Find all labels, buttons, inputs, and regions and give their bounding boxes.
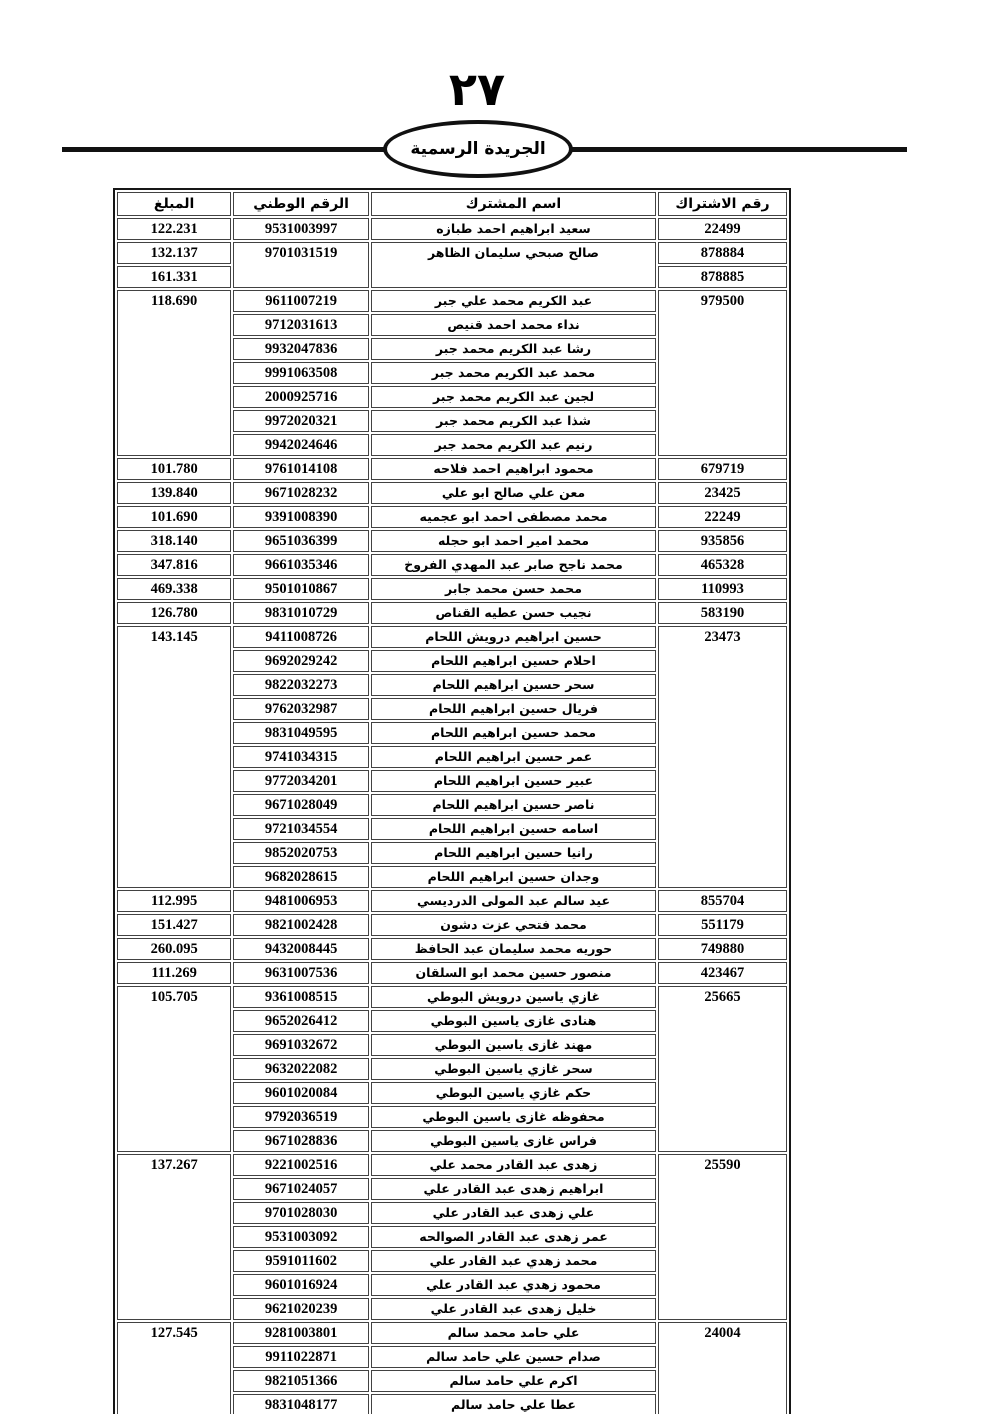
table-row: 749880حوريه محمد سليمان عبد الحافظ943200… [117,938,787,960]
subscriber-name-cell: رشا عبد الكريم محمد جبر [371,338,656,360]
amount-cell: 112.995 [117,890,231,912]
column-header-subscriber-name: اسم المشترك [371,192,656,216]
national-number-cell: 9741034315 [233,746,369,768]
subscriber-name-cell: حسين ابراهيم درويش اللحام [371,626,656,648]
subscriber-name-cell: سحر غازي ياسين البوطي [371,1058,656,1080]
table-row: 465328محمد ناجح صابر عبد المهدي الفروخ96… [117,554,787,576]
subscription-number-cell: 855704 [658,890,787,912]
national-number-cell: 9682028615 [233,866,369,888]
national-number-cell: 9932047836 [233,338,369,360]
subscriber-name-cell: عبد الكريم محمد علي جبر [371,290,656,312]
national-number-cell: 9591011602 [233,1250,369,1272]
national-number-cell: 9632022082 [233,1058,369,1080]
subscriber-name-cell: ابراهيم زهدى عبد القادر علي [371,1178,656,1200]
national-number-cell: 9671028049 [233,794,369,816]
amount-cell: 139.840 [117,482,231,504]
subscriber-name-cell: لجين عبد الكريم محمد جبر [371,386,656,408]
subscription-number-cell: 749880 [658,938,787,960]
national-number-cell: 9942024646 [233,434,369,456]
subscriber-name-cell: علي زهدى عبد القادر علي [371,1202,656,1224]
subscriber-name-cell: سعيد ابراهيم احمد طبازه [371,218,656,240]
page-number: ٢٧ [0,66,954,112]
national-number-cell: 9481006953 [233,890,369,912]
national-number-cell: 9831048177 [233,1394,369,1414]
subscriber-name-cell: حكم غازي ياسين البوطي [371,1082,656,1104]
table-row: 23425معن علي صالح ابو علي9671028232139.8… [117,482,787,504]
subscriber-name-cell: رنيم عبد الكريم محمد جبر [371,434,656,456]
subscription-number-cell: 878884 [658,242,787,264]
national-number-cell: 9991063508 [233,362,369,384]
national-number-cell: 9772034201 [233,770,369,792]
subscriber-name-cell: منصور حسين محمد ابو السلقان [371,962,656,984]
subscription-number-cell: 935856 [658,530,787,552]
subscription-number-cell: 979500 [658,290,787,456]
column-header-amount: المبلغ [117,192,231,216]
subscriber-name-cell: نجيب حسن عطيه القناص [371,602,656,624]
column-header-national-number: الرقم الوطني [233,192,369,216]
amount-cell: 101.690 [117,506,231,528]
subscriber-name-cell: شذا عبد الكريم محمد جبر [371,410,656,432]
gazette-banner-ellipse: الجريدة الرسمية [383,120,573,178]
subscriber-name-cell: علي حامد محمد سالم [371,1322,656,1344]
subscriber-name-cell: محمد ناجح صابر عبد المهدي الفروخ [371,554,656,576]
national-number-cell: 9531003997 [233,218,369,240]
national-number-cell: 9361008515 [233,986,369,1008]
subscription-number-cell: 25590 [658,1154,787,1320]
national-number-cell: 9821051366 [233,1370,369,1392]
national-number-cell: 9701031519 [233,242,369,288]
subscription-number-cell: 110993 [658,578,787,600]
table-row: 110993محمد حسن محمد جابر9501010867469.33… [117,578,787,600]
amount-cell: 260.095 [117,938,231,960]
table-row: 22249محمد مصطفى احمد ابو عجميه9391008390… [117,506,787,528]
amount-cell: 101.780 [117,458,231,480]
national-number-cell: 2000925716 [233,386,369,408]
subscription-number-cell: 423467 [658,962,787,984]
subscriber-name-cell: عمر حسين ابراهيم اللحام [371,746,656,768]
subscriber-name-cell: محمد عبد الكريم محمد جبر [371,362,656,384]
table-row: 583190نجيب حسن عطيه القناص9831010729126.… [117,602,787,624]
subscription-number-cell: 551179 [658,914,787,936]
subscription-number-cell: 23425 [658,482,787,504]
amount-cell: 469.338 [117,578,231,600]
national-number-cell: 9601016924 [233,1274,369,1296]
subscriber-name-cell: زهدى عبد القادر محمد علي [371,1154,656,1176]
subscription-number-cell: 23473 [658,626,787,888]
subscriber-name-cell: عمر زهدى عبد القادر الصوالحه [371,1226,656,1248]
gazette-banner-title: الجريدة الرسمية [410,139,545,159]
national-number-cell: 9852020753 [233,842,369,864]
subscriber-name-cell: سحر حسين ابراهيم اللحام [371,674,656,696]
national-number-cell: 9792036519 [233,1106,369,1128]
national-number-cell: 9821002428 [233,914,369,936]
subscriber-name-cell: نداء محمد احمد قنيص [371,314,656,336]
national-number-cell: 9671028232 [233,482,369,504]
subscriber-name-cell: هنادى غازى ياسين البوطي [371,1010,656,1032]
subscription-number-cell: 878885 [658,266,787,288]
subscriber-name-cell: محمد مصطفى احمد ابو عجميه [371,506,656,528]
subscription-number-cell: 465328 [658,554,787,576]
subscriber-name-cell: محمد حسين ابراهيم اللحام [371,722,656,744]
national-number-cell: 9671028836 [233,1130,369,1152]
column-header-subscription-number: رقم الاشتراك [658,192,787,216]
national-number-cell: 9972020321 [233,410,369,432]
national-number-cell: 9611007219 [233,290,369,312]
amount-cell: 105.705 [117,986,231,1152]
subscriber-name-cell: حوريه محمد سليمان عبد الحافظ [371,938,656,960]
subscriber-name-cell: فراس غازى ياسين البوطي [371,1130,656,1152]
table-row: 935856محمد امير احمد ابو حجله96510363993… [117,530,787,552]
subscriber-name-cell: احلام حسين ابراهيم اللحام [371,650,656,672]
subscription-number-cell: 24004 [658,1322,787,1414]
national-number-cell: 9831049595 [233,722,369,744]
subscriber-name-cell: محمود زهدي عبد القادر علي [371,1274,656,1296]
gazette-page: { "page": { "number": "٢٧", "banner": "ا… [0,0,1000,1414]
national-number-cell: 9762032987 [233,698,369,720]
national-number-cell: 9221002516 [233,1154,369,1176]
subscription-number-cell: 22499 [658,218,787,240]
amount-cell: 118.690 [117,290,231,456]
subscriber-name-cell: خليل زهدى عبد القادر علي [371,1298,656,1320]
subscriber-name-cell: محفوظه غازى ياسين البوطي [371,1106,656,1128]
subscriber-name-cell: عيد سالم عبد المولى الدرديسي [371,890,656,912]
national-number-cell: 9652026412 [233,1010,369,1032]
amount-cell: 127.545 [117,1322,231,1414]
amount-cell: 151.427 [117,914,231,936]
national-number-cell: 9631007536 [233,962,369,984]
national-number-cell: 9531003092 [233,1226,369,1248]
amount-cell: 347.816 [117,554,231,576]
national-number-cell: 9621020239 [233,1298,369,1320]
amount-cell: 126.780 [117,602,231,624]
subscriber-name-cell: معن علي صالح ابو علي [371,482,656,504]
table-row: 855704عيد سالم عبد المولى الدرديسي948100… [117,890,787,912]
table-row: 551179محمد فتحي عزت دشون9821002428151.42… [117,914,787,936]
national-number-cell: 9432008445 [233,938,369,960]
national-number-cell: 9651036399 [233,530,369,552]
subscriber-name-cell: صدام حسين علي حامد سالم [371,1346,656,1368]
amount-cell: 132.137 [117,242,231,264]
national-number-cell: 9822032273 [233,674,369,696]
subscriber-name-cell: غازي ياسين درويش البوطي [371,986,656,1008]
national-number-cell: 9692029242 [233,650,369,672]
table-row: 423467منصور حسين محمد ابو السلقان9631007… [117,962,787,984]
national-number-cell: 9911022871 [233,1346,369,1368]
subscriber-name-cell: عطا علي حامد سالم [371,1394,656,1414]
subscription-number-cell: 679719 [658,458,787,480]
national-number-cell: 9831010729 [233,602,369,624]
amount-cell: 122.231 [117,218,231,240]
national-number-cell: 9671024057 [233,1178,369,1200]
subscriber-name-cell: اسامه حسين ابراهيم اللحام [371,818,656,840]
amount-cell: 137.267 [117,1154,231,1320]
national-number-cell: 9761014108 [233,458,369,480]
subscriber-name-cell: محمود ابراهيم احمد فلاحه [371,458,656,480]
table-row: 979500عبد الكريم محمد علي جبر96110072191… [117,290,787,312]
amount-cell: 318.140 [117,530,231,552]
national-number-cell: 9691032672 [233,1034,369,1056]
amount-cell: 111.269 [117,962,231,984]
subscriber-name-cell: رانيا حسين ابراهيم اللحام [371,842,656,864]
subscription-number-cell: 583190 [658,602,787,624]
subscriber-name-cell: محمد فتحي عزت دشون [371,914,656,936]
subscriber-name-cell: عبير حسين ابراهيم اللحام [371,770,656,792]
subscription-number-cell: 22249 [658,506,787,528]
subscription-number-cell: 25665 [658,986,787,1152]
subscriber-name-cell: وجدان حسين ابراهيم اللحام [371,866,656,888]
subscriber-name-cell: محمد امير احمد ابو حجله [371,530,656,552]
subscriber-name-cell: محمد حسن محمد جابر [371,578,656,600]
table-row: 878884صالح صبحي سليمان الظاهر97010315191… [117,242,787,264]
table-row: 24004علي حامد محمد سالم9281003801127.545 [117,1322,787,1344]
national-number-cell: 9721034554 [233,818,369,840]
table-row: 25590زهدى عبد القادر محمد علي92210025161… [117,1154,787,1176]
amount-cell: 143.145 [117,626,231,888]
table-row: 25665غازي ياسين درويش البوطي936100851510… [117,986,787,1008]
table-header-row: رقم الاشتراك اسم المشترك الرقم الوطني ال… [117,192,787,216]
national-number-cell: 9501010867 [233,578,369,600]
subscriber-name-cell: فريال حسين ابراهيم اللحام [371,698,656,720]
subscriber-name-cell: اكرم علي حامد سالم [371,1370,656,1392]
subscribers-table: رقم الاشتراك اسم المشترك الرقم الوطني ال… [113,188,791,1414]
subscriber-name-cell: صالح صبحي سليمان الظاهر [371,242,656,288]
national-number-cell: 9281003801 [233,1322,369,1344]
national-number-cell: 9701028030 [233,1202,369,1224]
amount-cell: 161.331 [117,266,231,288]
subscriber-name-cell: محمد زهدي عبد القادر علي [371,1250,656,1272]
table-row: 23473حسين ابراهيم درويش اللحام9411008726… [117,626,787,648]
national-number-cell: 9661035346 [233,554,369,576]
subscriber-name-cell: مهند غازى ياسين البوطي [371,1034,656,1056]
table-row: 22499سعيد ابراهيم احمد طبازه953100399712… [117,218,787,240]
national-number-cell: 9712031613 [233,314,369,336]
national-number-cell: 9601020084 [233,1082,369,1104]
national-number-cell: 9391008390 [233,506,369,528]
subscriber-name-cell: ناصر حسين ابراهيم اللحام [371,794,656,816]
table-row: 679719محمود ابراهيم احمد فلاحه9761014108… [117,458,787,480]
national-number-cell: 9411008726 [233,626,369,648]
